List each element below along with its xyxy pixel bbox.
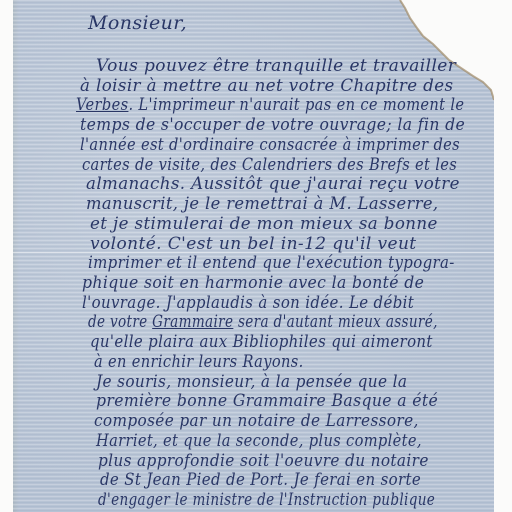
letter-line: Verbes. L'imprimeur n'aurait pas en ce m… (76, 95, 464, 115)
letter-line: temps de s'occuper de votre ouvrage; la … (80, 115, 465, 135)
letter-line: et je stimulerai de mon mieux sa bonne (90, 214, 438, 234)
letter-line: de votre Grammaire sera d'autant mieux a… (88, 312, 438, 332)
letter-body: Monsieur, Vous pouvez être tranquille et… (0, 0, 512, 512)
letter-line: de St Jean Pied de Port. Je ferai en sor… (100, 470, 421, 490)
letter-line: composée par un notaire de Larressore, (94, 411, 419, 431)
letter-line: l'année est d'ordinaire consacrée à impr… (80, 135, 460, 155)
letter-line: Je souris, monsieur, à la pensée que la (96, 372, 407, 392)
underlined-word: Grammaire (152, 312, 233, 332)
letter-line: Vous pouvez être tranquille et travaille… (96, 56, 456, 76)
letter-line: volonté. C'est un bel in-12 qu'il veut (90, 234, 417, 254)
underlined-word: Verbes (76, 95, 128, 115)
salutation: Monsieur, (88, 12, 187, 34)
letter-line: à en enrichir leurs Rayons. (94, 352, 304, 372)
letter-line: première bonne Grammaire Basque a été (96, 391, 438, 411)
letter-line: plus approfondie soit l'oeuvre du notair… (98, 451, 429, 471)
letter-line: imprimer et il entend que l'exécution ty… (88, 253, 455, 273)
letter-line: phique soit en harmonie avec la bonté de (82, 273, 424, 293)
letter-line: d'engager le ministre de l'Instruction p… (98, 490, 435, 510)
letter-line: à loisir à mettre au net votre Chapitre … (80, 76, 453, 96)
letter-line: qu'elle plaira aux Bibliophiles qui aime… (90, 332, 433, 352)
letter-line: cartes de visite, des Calendriers des Br… (82, 155, 457, 175)
letter-line: almanachs. Aussitôt que j'aurai reçu vot… (86, 174, 460, 194)
letter-line: Harriet, et que la seconde, plus complèt… (96, 431, 422, 451)
letter-line: manuscrit, je le remettrai à M. Lasserre… (86, 194, 439, 214)
letter-line: l'ouvrage. J'applaudis à son idée. Le dé… (82, 293, 414, 313)
